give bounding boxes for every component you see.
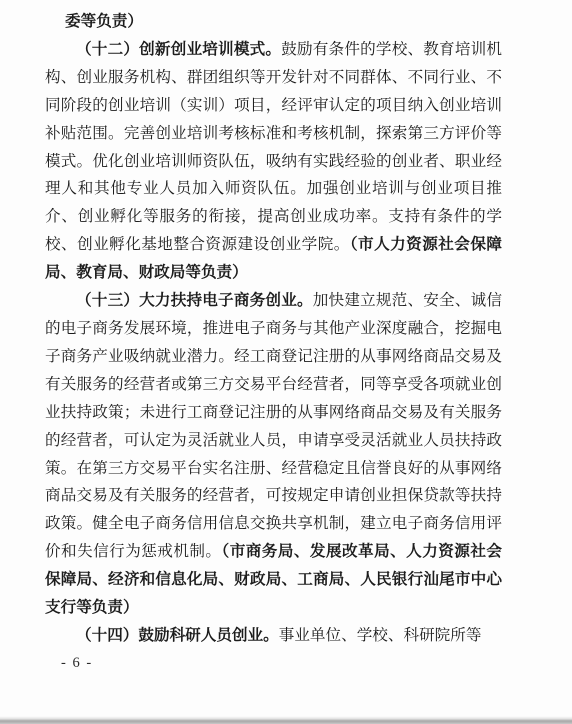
paragraph-14-body: 事业单位、学校、科研院所等 (279, 627, 482, 644)
paragraph-12-body: 鼓励有条件的学校、教育培训机构、创业服务机构、群团组织等开发针对不同群体、不同行… (45, 41, 502, 253)
document-body: 委等负责） （十二）创新创业培训模式。鼓励有条件的学校、教育培训机构、创业服务机… (45, 8, 502, 650)
paragraph-13-body: 加快建立规范、安全、诚信的电子商务发展环境，推进电子商务与其他产业深度融合，挖掘… (45, 292, 502, 560)
paragraph-13-heading: （十三）大力扶持电子商务创业。 (76, 292, 313, 309)
paragraph-item-12: （十二）创新创业培训模式。鼓励有条件的学校、教育培训机构、创业服务机构、群团组织… (45, 36, 502, 287)
page-bottom-edge-shadow (0, 716, 572, 724)
continuation-line: 委等负责） (45, 8, 502, 36)
paragraph-item-14: （十四）鼓励科研人员创业。事业单位、学校、科研院所等 (45, 622, 502, 650)
paragraph-12-heading: （十二）创新创业培训模式。 (76, 41, 281, 58)
scanned-document-page: 委等负责） （十二）创新创业培训模式。鼓励有条件的学校、教育培训机构、创业服务机… (0, 0, 572, 724)
paragraph-14-heading: （十四）鼓励科研人员创业。 (76, 627, 279, 644)
paragraph-item-13: （十三）大力扶持电子商务创业。加快建立规范、安全、诚信的电子商务发展环境，推进电… (45, 287, 502, 622)
page-number: - 6 - (61, 655, 93, 672)
